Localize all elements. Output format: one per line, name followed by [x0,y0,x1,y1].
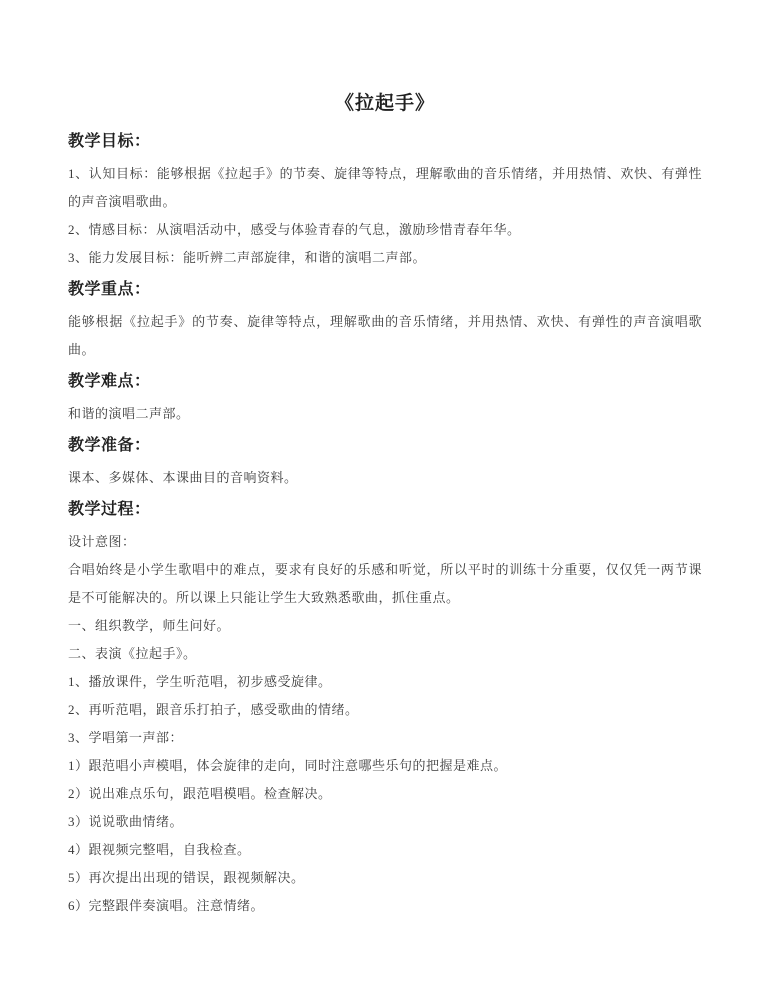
paragraph: 设计意图： [68,528,702,556]
document-page: 《拉起手》 教学目标：1、认知目标：能够根据《拉起手》的节奏、旋律等特点，理解歌… [0,0,770,1000]
paragraph: 能够根据《拉起手》的节奏、旋律等特点，理解歌曲的音乐情绪，并用热情、欢快、有弹性… [68,308,702,364]
document-section: 教学过程：设计意图：合唱始终是小学生歌唱中的难点，要求有良好的乐感和听觉，所以平… [68,499,702,920]
document-section: 教学难点：和谐的演唱二声部。 [68,371,702,428]
paragraph: 1）跟范唱小声模唱，体会旋律的走向，同时注意哪些乐句的把握是难点。 [68,752,702,780]
document-section: 教学准备：课本、多媒体、本课曲目的音响资料。 [68,435,702,492]
paragraph: 2、情感目标：从演唱活动中，感受与体验青春的气息，激励珍惜青春年华。 [68,216,702,244]
section-heading: 教学过程： [68,499,702,521]
section-heading: 教学目标： [68,131,702,153]
section-heading: 教学重点： [68,279,702,301]
paragraph: 6）完整跟伴奏演唱。注意情绪。 [68,892,702,920]
paragraph: 2）说出难点乐句，跟范唱模唱。检查解决。 [68,780,702,808]
section-heading: 教学准备： [68,435,702,457]
paragraph: 和谐的演唱二声部。 [68,400,702,428]
paragraph: 5）再次提出出现的错误，跟视频解决。 [68,864,702,892]
paragraph: 3、学唱第一声部： [68,724,702,752]
paragraph: 4）跟视频完整唱，自我检查。 [68,836,702,864]
paragraph: 二、表演《拉起手》。 [68,640,702,668]
paragraph: 课本、多媒体、本课曲目的音响资料。 [68,464,702,492]
document-sections: 教学目标：1、认知目标：能够根据《拉起手》的节奏、旋律等特点，理解歌曲的音乐情绪… [68,131,702,920]
paragraph: 3）说说歌曲情绪。 [68,808,702,836]
paragraph: 1、播放课件，学生听范唱，初步感受旋律。 [68,668,702,696]
paragraph: 2、再听范唱，跟音乐打拍子，感受歌曲的情绪。 [68,696,702,724]
document-section: 教学目标：1、认知目标：能够根据《拉起手》的节奏、旋律等特点，理解歌曲的音乐情绪… [68,131,702,272]
paragraph: 合唱始终是小学生歌唱中的难点，要求有良好的乐感和听觉，所以平时的训练十分重要，仅… [68,556,702,612]
document-section: 教学重点：能够根据《拉起手》的节奏、旋律等特点，理解歌曲的音乐情绪，并用热情、欢… [68,279,702,364]
section-heading: 教学难点： [68,371,702,393]
paragraph: 1、认知目标：能够根据《拉起手》的节奏、旋律等特点，理解歌曲的音乐情绪，并用热情… [68,160,702,216]
paragraph: 3、能力发展目标：能听辨二声部旋律，和谐的演唱二声部。 [68,244,702,272]
document-title: 《拉起手》 [68,92,702,116]
paragraph: 一、组织教学，师生问好。 [68,612,702,640]
